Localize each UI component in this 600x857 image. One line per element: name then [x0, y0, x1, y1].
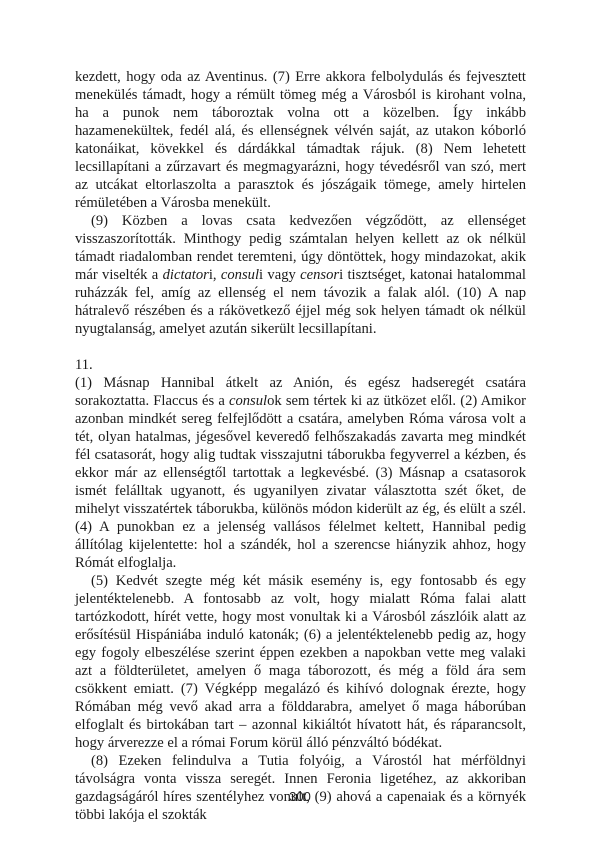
italic-term: dictator [163, 267, 209, 283]
page-body: kezdett, hogy oda az Aventinus. (7) Erre… [75, 68, 526, 824]
text-run: (5) Kedvét szegte még két másik esemény … [75, 573, 526, 751]
text-run: i, [209, 267, 221, 283]
text-run: ok sem tértek ki az ütközet elől. (2) Am… [75, 393, 526, 571]
paragraph: (9) Közben a lovas csata kedvezően végző… [75, 212, 526, 338]
section-gap [75, 338, 526, 356]
text-block-before-chapter: kezdett, hogy oda az Aventinus. (7) Erre… [75, 68, 526, 338]
page-number: 300 [0, 789, 600, 804]
chapter-number: 11. [75, 356, 526, 374]
paragraph: kezdett, hogy oda az Aventinus. (7) Erre… [75, 68, 526, 212]
italic-term: censor [300, 267, 339, 283]
text-block-chapter-11: (1) Másnap Hannibal átkelt az Anión, és … [75, 374, 526, 824]
paragraph: (1) Másnap Hannibal átkelt az Anión, és … [75, 374, 526, 572]
text-run: (8) Ezeken felindulva a Tutia folyóig, a… [75, 753, 526, 823]
text-run: kezdett, hogy oda az Aventinus. (7) Erre… [75, 69, 526, 211]
paragraph: (8) Ezeken felindulva a Tutia folyóig, a… [75, 752, 526, 824]
italic-term: consul [229, 393, 267, 409]
text-run: i vagy [259, 267, 300, 283]
paragraph: (5) Kedvét szegte még két másik esemény … [75, 572, 526, 752]
italic-term: consul [221, 267, 259, 283]
